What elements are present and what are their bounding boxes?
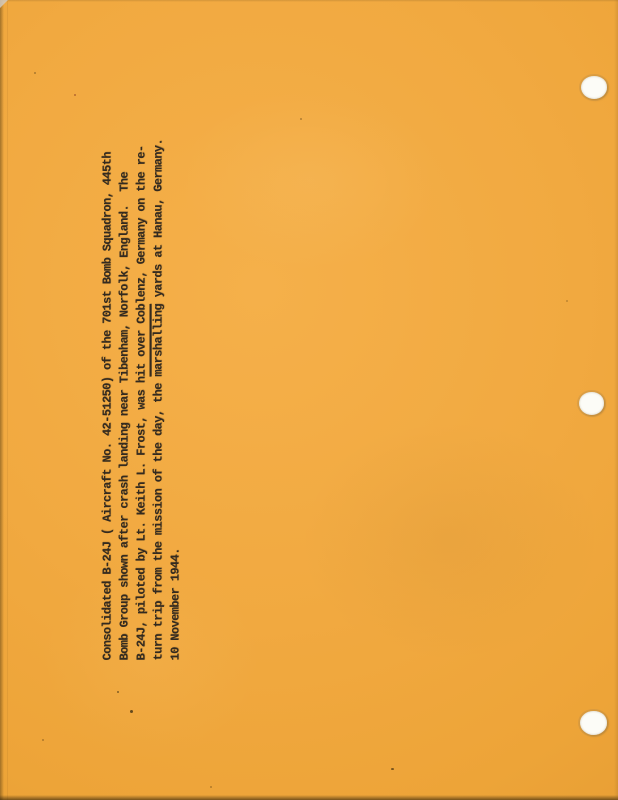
foxing-speck: [300, 118, 302, 120]
foxing-speck: [130, 710, 133, 713]
page-edge-shadow-bottom: [0, 795, 618, 800]
caption-line-5: 10 November 1944.: [168, 129, 185, 661]
page-edge-shadow-left: [0, 0, 4, 800]
typewritten-caption-block: Consolidated B-24J ( Aircraft No. 42-512…: [100, 129, 185, 661]
caption-line-4: turn trip from the mission of the day, t…: [151, 129, 168, 661]
punch-hole-middle: [579, 392, 604, 415]
foxing-speck: [34, 72, 36, 74]
orange-paper-background: Consolidated B-24J ( Aircraft No. 42-512…: [0, 0, 618, 800]
foxing-speck: [117, 691, 119, 693]
foxing-speck: [74, 94, 76, 96]
paper-crease: [7, 0, 8, 800]
page-edge-shadow-right: [614, 0, 618, 800]
paper-blotch: [300, 420, 600, 660]
caption-line-3: B-24J, piloted by Lt. Keith L. Frost, wa…: [134, 129, 151, 661]
underlined-word: marshalling: [152, 304, 166, 377]
foxing-speck: [42, 739, 44, 741]
scanned-album-page: Consolidated B-24J ( Aircraft No. 42-512…: [0, 0, 618, 800]
punch-hole-bottom: [580, 711, 607, 735]
foxing-speck: [210, 786, 212, 788]
paper-blotch: [180, 90, 440, 270]
foxing-speck: [566, 300, 568, 302]
caption-line-4-suffix: yards at Hanau, Germany.: [152, 139, 166, 304]
caption-line-4-prefix: turn trip from the mission of the day, t…: [152, 377, 166, 661]
foxing-speck: [391, 768, 394, 770]
top-left-corner-notch: [0, 0, 8, 8]
punch-hole-top: [581, 76, 607, 99]
page-edge-shadow-top: [0, 0, 618, 2]
caption-line-2: Bomb Group shown after crash landing nea…: [117, 129, 134, 661]
caption-line-1: Consolidated B-24J ( Aircraft No. 42-512…: [100, 129, 117, 661]
